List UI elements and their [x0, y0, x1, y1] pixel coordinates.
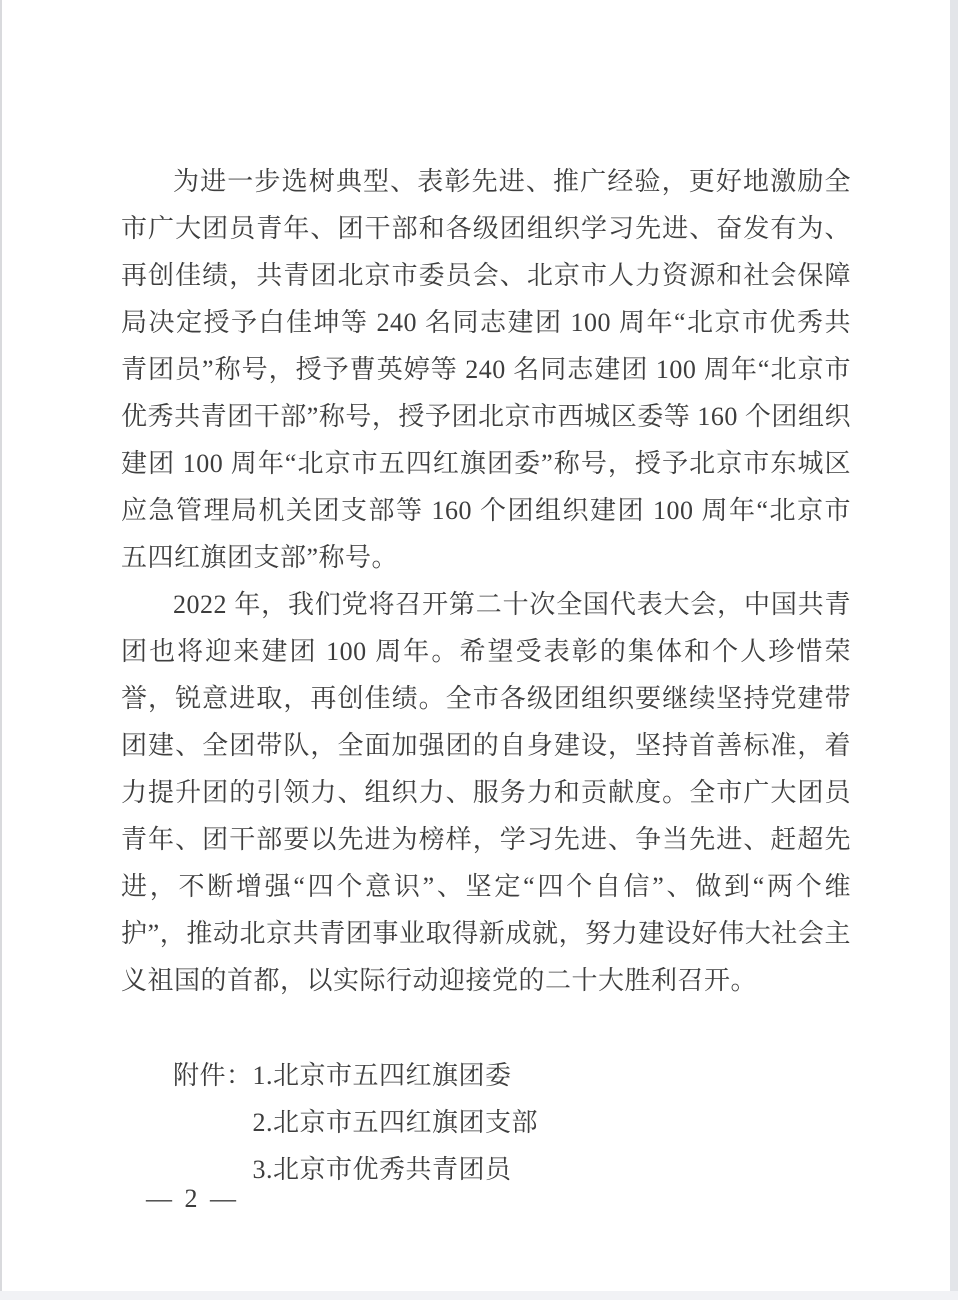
paragraph-call-to-action: 2022 年，我们党将召开第二十次全国代表大会，中国共青团也将迎来建团 100 … [121, 581, 851, 1004]
page-bottom-gutter [0, 1291, 958, 1300]
document-body: 为进一步选树典型、表彰先进、推广经验，更好地激励全市广大团员青年、团干部和各级团… [121, 158, 851, 1193]
page-right-gutter [950, 0, 958, 1292]
attachments-label: 附件： [173, 1052, 253, 1099]
document-page: 为进一步选树典型、表彰先进、推广经验，更好地激励全市广大团员青年、团干部和各级团… [0, 0, 958, 1300]
attachment-item-3: 3.北京市优秀共青团员 [253, 1146, 851, 1193]
page-number: — 2 — [146, 1184, 239, 1214]
attachments-block: 附件： 1.北京市五四红旗团委 2.北京市五四红旗团支部 3.北京市优秀共青团员 [121, 1052, 851, 1193]
page-left-edge-line [0, 0, 2, 1292]
attachment-item-1: 1.北京市五四红旗团委 [253, 1052, 851, 1099]
attachment-item-2: 2.北京市五四红旗团支部 [253, 1099, 851, 1146]
attachments-list: 1.北京市五四红旗团委 2.北京市五四红旗团支部 3.北京市优秀共青团员 [253, 1052, 851, 1193]
paragraph-commendation-decision: 为进一步选树典型、表彰先进、推广经验，更好地激励全市广大团员青年、团干部和各级团… [121, 158, 851, 581]
